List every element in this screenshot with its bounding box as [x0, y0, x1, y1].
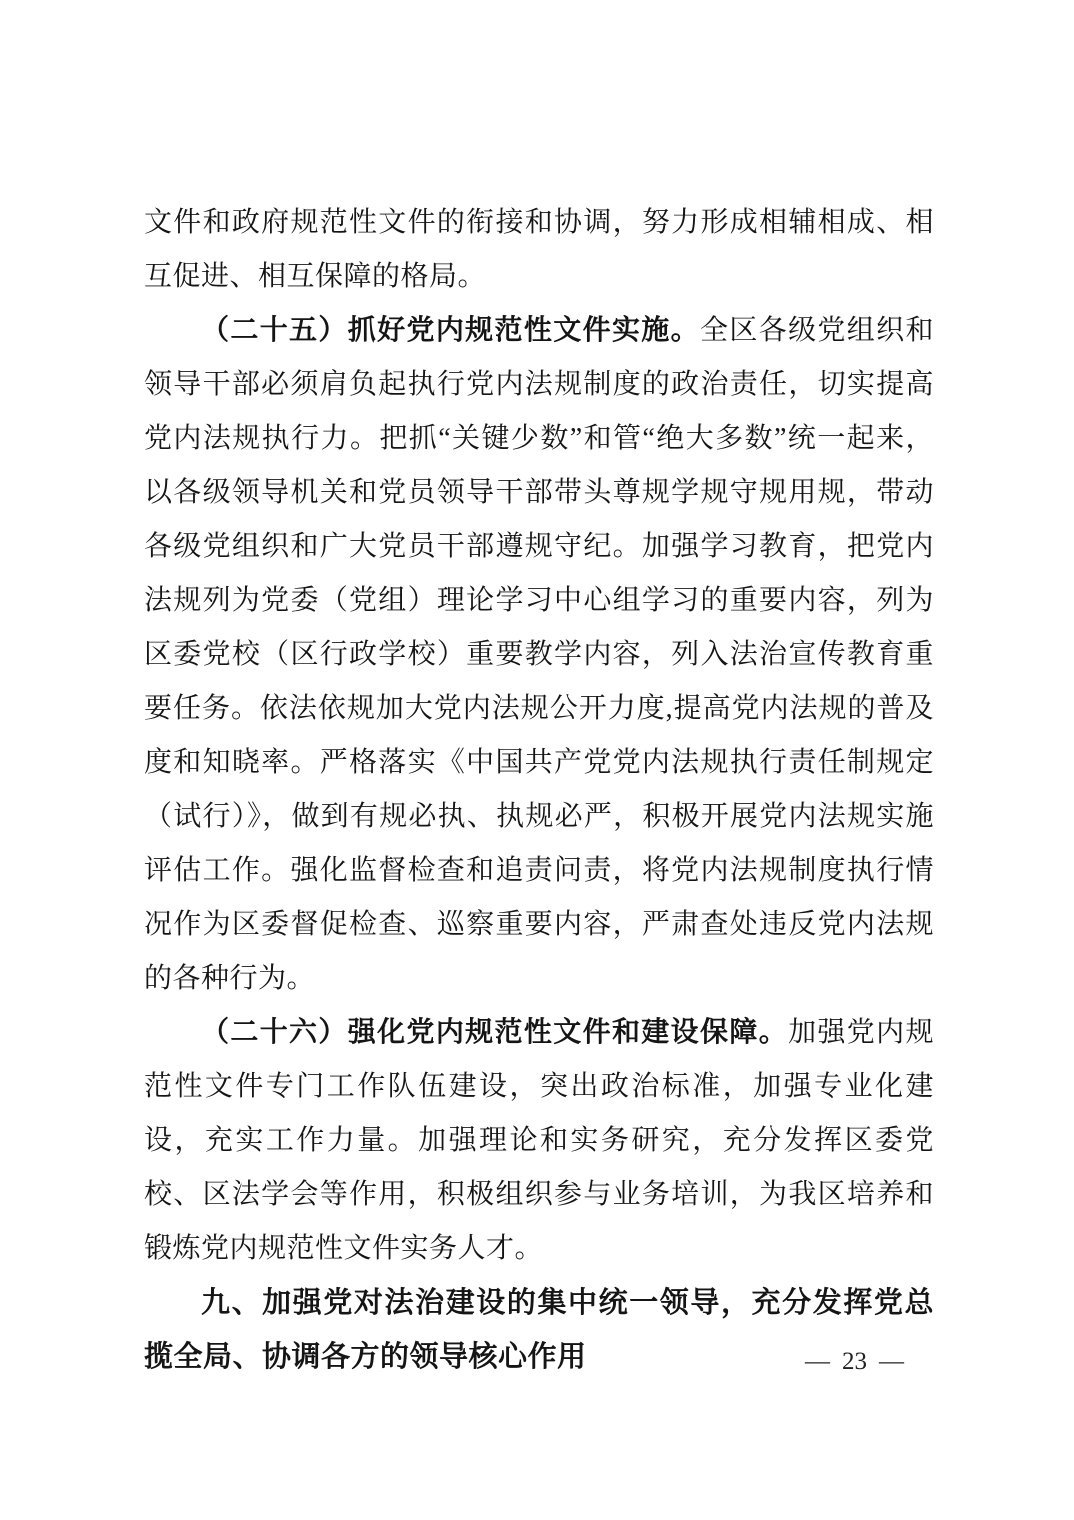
page-number: 23 — [842, 1342, 867, 1382]
footer-left-dash: — — [805, 1342, 830, 1382]
document-page: 文件和政府规范性文件的衔接和协调，努力形成相辅相成、相互促进、相互保障的格局。 … — [0, 0, 1074, 1520]
document-body: 文件和政府规范性文件的衔接和协调，努力形成相辅相成、相互促进、相互保障的格局。 … — [144, 196, 934, 1384]
paragraph-text: 加强党内规范性文件专门工作队伍建设，突出政治标准，加强专业化建设，充实工作力量。… — [144, 1017, 934, 1264]
paragraph-text: 文件和政府规范性文件的衔接和协调，努力形成相辅相成、相互促进、相互保障的格局。 — [144, 207, 934, 292]
page-footer: —23— — [793, 1342, 916, 1382]
paragraph-clause-26: （二十六）强化党内规范性文件和建设保障。加强党内规范性文件专门工作队伍建设，突出… — [144, 1006, 934, 1276]
paragraph-clause-25: （二十五）抓好党内规范性文件实施。全区各级党组织和领导干部必须肩负起执行党内法规… — [144, 304, 934, 1006]
paragraph-text: 全区各级党组织和领导干部必须肩负起执行党内法规制度的政治责任，切实提高党内法规执… — [144, 315, 934, 994]
clause-26-title: （二十六）强化党内规范性文件和建设保障。 — [201, 1017, 788, 1048]
footer-right-dash: — — [879, 1342, 904, 1382]
paragraph-continuation: 文件和政府规范性文件的衔接和协调，努力形成相辅相成、相互促进、相互保障的格局。 — [144, 196, 934, 304]
clause-25-title: （二十五）抓好党内规范性文件实施。 — [201, 315, 700, 346]
